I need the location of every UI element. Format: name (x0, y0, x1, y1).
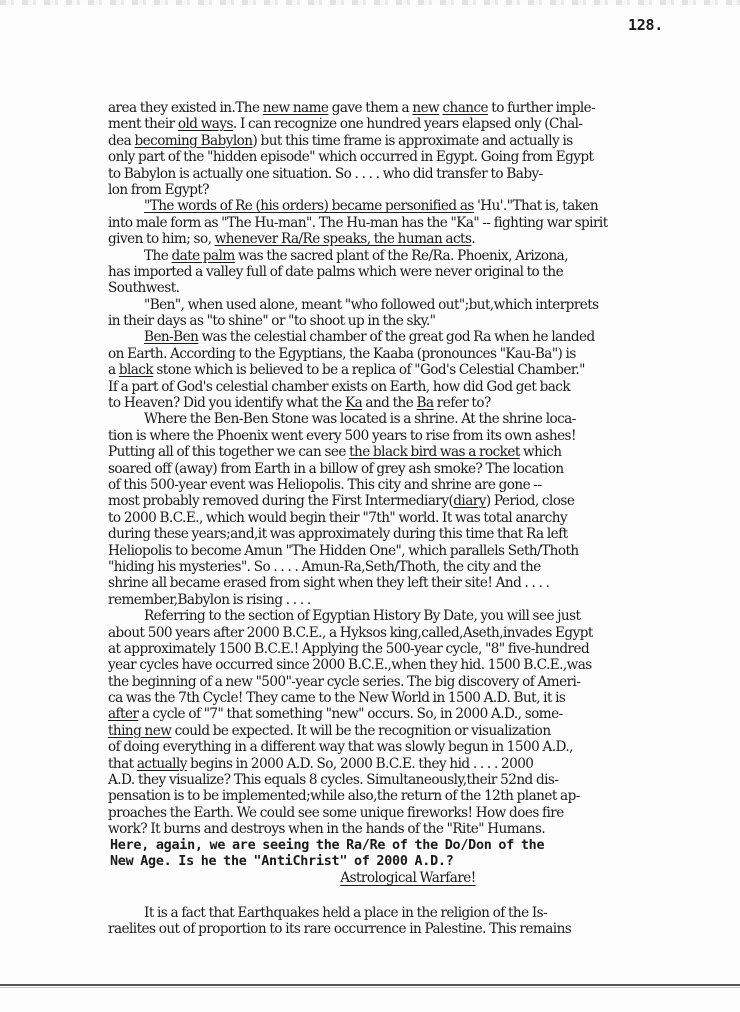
text-run: lon from Egypt? (108, 182, 209, 198)
text-line: Ben-Ben was the celestial chamber of the… (108, 329, 708, 345)
text-run: into male form as "The Hu-man". The Hu-m… (108, 215, 608, 231)
text-run: that (108, 756, 137, 772)
paragraph: Where the Ben-Ben Stone was located is a… (108, 411, 708, 608)
text-run: given to him; so, (108, 231, 215, 247)
text-run: "Ben", when used alone, meant "who follo… (144, 297, 599, 313)
text-run: work? It burns and destroys when in the … (108, 821, 545, 837)
text-run: raelites out of proportion to its rare o… (108, 921, 571, 937)
text-run: dea (108, 133, 134, 149)
text-run: was the sacred plant of the Re/Ra. Phoen… (235, 248, 568, 264)
text-run: year cycles have occurred since 2000 B.C… (108, 657, 592, 673)
text-line: on Earth. According to the Egyptians, th… (108, 346, 708, 362)
text-run: "hiding his mysteries". So . . . . Amun-… (108, 559, 541, 575)
bottom-rule-shadow (0, 987, 740, 988)
text-run: ment their (108, 116, 178, 132)
text-run: most probably removed during the First I… (108, 493, 453, 509)
text-line: Referring to the section of Egyptian His… (108, 608, 708, 624)
text-line: about 500 years after 2000 B.C.E., a Hyk… (108, 625, 708, 641)
text-line: has imported a valley full of date palms… (108, 264, 708, 280)
text-line: in their days as "to shine" or "to shoot… (108, 313, 708, 329)
text-line: a black stone which is believed to be a … (108, 362, 708, 378)
text-run: area they existed in.The (108, 100, 263, 116)
text-line: "Ben", when used alone, meant "who follo… (108, 297, 708, 313)
text-line: tion is where the Phoenix went every 500… (108, 428, 708, 444)
text-run: stone which is believed to be a replica … (153, 362, 585, 378)
underlined-text: date palm (172, 248, 235, 264)
section-heading: Astrological Warfare! (108, 870, 708, 886)
text-line: to Babylon is actually one situation. So… (108, 166, 708, 182)
text-run: 'Hu'."That is, taken (474, 198, 598, 214)
text-line: A.D. they visualize? This equals 8 cycle… (108, 772, 708, 788)
text-line: the beginning of a new "500"-year cycle … (108, 674, 708, 690)
text-run: about 500 years after 2000 B.C.E., a Hyk… (108, 625, 593, 641)
text-line: Putting all of this together we can see … (108, 444, 708, 460)
text-run: the beginning of a new "500"-year cycle … (108, 674, 580, 690)
section-heading-text: Astrological Warfare! (340, 870, 475, 886)
text-line: thing new could be expected. It will be … (108, 723, 708, 739)
underlined-text: "The words of Re (his orders) became per… (144, 198, 474, 214)
text-line: pensation is to be implemented;while als… (108, 788, 708, 804)
text-line: It is a fact that Earthquakes held a pla… (108, 905, 708, 921)
text-run: soared off (away) from Earth in a billow… (108, 461, 564, 477)
text-line: given to him; so, whenever Ra/Re speaks,… (108, 231, 708, 247)
bottom-rule (0, 984, 740, 986)
spacer (108, 887, 708, 905)
bold-statement-line: New Age. Is he the "AntiChrist" of 2000 … (108, 854, 708, 870)
text-run: . I can recognize one hundred years elap… (233, 116, 583, 132)
text-run: a cycle of "7" that something "new" occu… (138, 706, 562, 722)
text-run: to Babylon is actually one situation. So… (108, 166, 543, 182)
text-run: to further imple- (488, 100, 595, 116)
underlined-text: black (119, 362, 153, 378)
paragraph: area they existed in.The new name gave t… (108, 100, 708, 198)
underlined-text: becoming Babylon (134, 133, 252, 149)
text-line: ca was the 7th Cycle! They came to the N… (108, 690, 708, 706)
text-line: most probably removed during the First I… (108, 493, 708, 509)
text-run: remember,Babylon is rising . . . . (108, 592, 311, 608)
text-line: dea becoming Babylon) but this time fram… (108, 133, 708, 149)
text-run: It is a fact that Earthquakes held a pla… (144, 905, 547, 921)
paragraph: Ben-Ben was the celestial chamber of the… (108, 329, 708, 411)
text-run: ca was the 7th Cycle! They came to the N… (108, 690, 565, 706)
underlined-text: after (108, 706, 138, 722)
text-run: at approximately 1500 B.C.E.! Applying t… (108, 641, 589, 657)
text-run: a (108, 362, 119, 378)
underlined-text: thing new (108, 723, 171, 739)
text-run: pensation is to be implemented;while als… (108, 788, 580, 804)
text-run: on Earth. According to the Egyptians, th… (108, 346, 576, 362)
text-line: year cycles have occurred since 2000 B.C… (108, 657, 708, 673)
text-line: at approximately 1500 B.C.E.! Applying t… (108, 641, 708, 657)
text-run: was the celestial chamber of the great g… (198, 329, 594, 345)
text-run: begins in 2000 A.D. So, 2000 B.C.E. they… (187, 756, 534, 772)
text-run: Where the Ben-Ben Stone was located is a… (144, 411, 576, 427)
text-run: to 2000 B.C.E., which would begin their … (108, 510, 567, 526)
text-line: soared off (away) from Earth in a billow… (108, 461, 708, 477)
text-run: gave them a (328, 100, 412, 116)
paragraph: "Ben", when used alone, meant "who follo… (108, 297, 708, 330)
text-run: The (144, 248, 172, 264)
text-line: into male form as "The Hu-man". The Hu-m… (108, 215, 708, 231)
document-body: area they existed in.The new name gave t… (108, 100, 708, 938)
underlined-text: old ways (178, 116, 233, 132)
text-line: after a cycle of "7" that something "new… (108, 706, 708, 722)
text-line: ment their old ways. I can recognize one… (108, 116, 708, 132)
text-run: which (520, 444, 562, 460)
text-run: . (471, 231, 475, 247)
text-line: If a part of God's celestial chamber exi… (108, 379, 708, 395)
underlined-text: Ben-Ben (144, 329, 198, 345)
underlined-text: diary (453, 493, 486, 509)
text-line: The date palm was the sacred plant of th… (108, 248, 708, 264)
text-line: "The words of Re (his orders) became per… (108, 198, 708, 214)
text-run: If a part of God's celestial chamber exi… (108, 379, 570, 395)
text-run: to Heaven? Did you identify what the (108, 395, 345, 411)
text-run: of this 500-year event was Heliopolis. T… (108, 477, 542, 493)
text-line: Where the Ben-Ben Stone was located is a… (108, 411, 708, 427)
text-run: Putting all of this together we can see (108, 444, 349, 460)
text-line: proaches the Earth. We could see some un… (108, 805, 708, 821)
text-line: remember,Babylon is rising . . . . (108, 592, 708, 608)
text-run: shrine all became erased from sight when… (108, 575, 549, 591)
text-run: of doing everything in a different way t… (108, 739, 573, 755)
text-run: could be expected. It will be the recogn… (171, 723, 550, 739)
text-line: of doing everything in a different way t… (108, 739, 708, 755)
text-line: shrine all became erased from sight when… (108, 575, 708, 591)
text-run: ) but this time frame is approximate and… (253, 133, 573, 149)
text-line: to 2000 B.C.E., which would begin their … (108, 510, 708, 526)
text-run: has imported a valley full of date palms… (108, 264, 563, 280)
text-line: Heliopolis to become Amun "The Hidden On… (108, 543, 708, 559)
text-run: proaches the Earth. We could see some un… (108, 805, 564, 821)
paragraph: It is a fact that Earthquakes held a pla… (108, 905, 708, 938)
text-run: Referring to the section of Egyptian His… (144, 608, 580, 624)
underlined-text: actually (137, 756, 187, 772)
underlined-text: Ka (345, 395, 362, 411)
bold-statement-line: Here, again, we are seeing the Ra/Re of … (108, 838, 708, 854)
paragraph: The date palm was the sacred plant of th… (108, 248, 708, 297)
text-run: ) Period, close (486, 493, 575, 509)
text-line: of this 500-year event was Heliopolis. T… (108, 477, 708, 493)
text-line: lon from Egypt? (108, 182, 708, 198)
text-line: area they existed in.The new name gave t… (108, 100, 708, 116)
text-line: that actually begins in 2000 A.D. So, 20… (108, 756, 708, 772)
text-run: refer to? (434, 395, 491, 411)
text-run: Southwest. (108, 280, 179, 296)
text-run: A.D. they visualize? This equals 8 cycle… (108, 772, 558, 788)
text-run: and the (362, 395, 416, 411)
text-line: raelites out of proportion to its rare o… (108, 921, 708, 937)
page-number: 128. (628, 16, 663, 34)
text-run: tion is where the Phoenix went every 500… (108, 428, 576, 444)
text-line: Southwest. (108, 280, 708, 296)
text-run: in their days as "to shine" or "to shoot… (108, 313, 435, 329)
underlined-text: whenever Ra/Re speaks, the human acts (215, 231, 472, 247)
underlined-text: new (412, 100, 439, 116)
text-run: during these years;and,it was approximat… (108, 526, 568, 542)
paragraph: Referring to the section of Egyptian His… (108, 608, 708, 837)
paragraph: "The words of Re (his orders) became per… (108, 198, 708, 247)
underlined-text: Ba (417, 395, 434, 411)
text-run: only part of the "hidden episode" which … (108, 149, 593, 165)
underlined-text: the black bird was a rocket (349, 444, 520, 460)
text-run: Heliopolis to become Amun "The Hidden On… (108, 543, 579, 559)
text-line: "hiding his mysteries". So . . . . Amun-… (108, 559, 708, 575)
scan-top-edge (0, 0, 740, 5)
underlined-text: chance (442, 100, 488, 116)
underlined-text: new name (263, 100, 329, 116)
text-line: work? It burns and destroys when in the … (108, 821, 708, 837)
text-line: during these years;and,it was approximat… (108, 526, 708, 542)
text-line: only part of the "hidden episode" which … (108, 149, 708, 165)
text-line: to Heaven? Did you identify what the Ka … (108, 395, 708, 411)
